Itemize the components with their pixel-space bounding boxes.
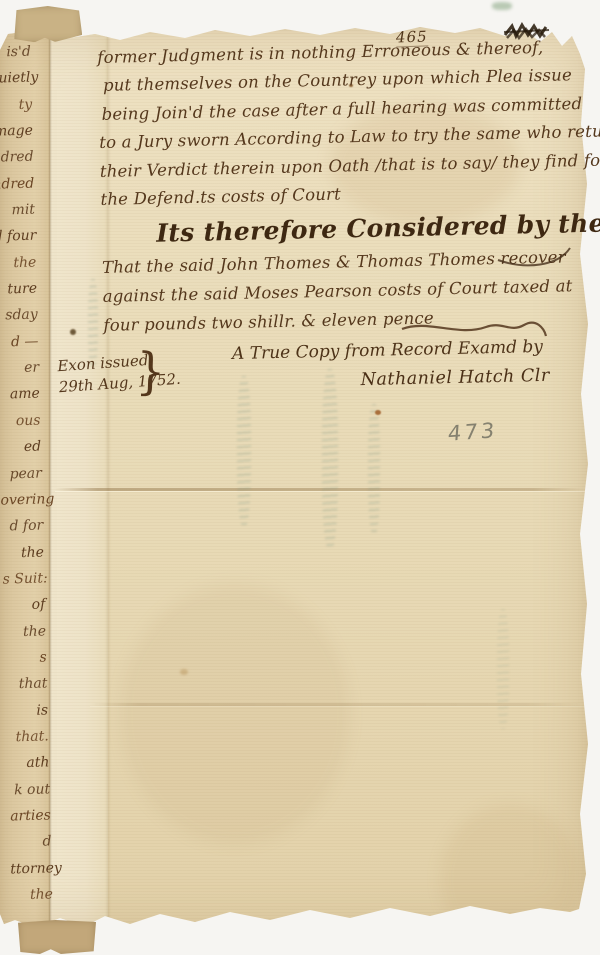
body-paragraph: former Judgment is in nothing Erroneous … [97, 33, 595, 215]
left-edge-text-fragment: k out [8, 781, 55, 809]
left-edge-text-fragment: ty [0, 96, 37, 124]
left-edge-text-fragment: mit [0, 202, 39, 230]
left-edge-text-fragment: ame [0, 386, 44, 414]
left-edge-text-fragment: sday [0, 307, 42, 335]
horizontal-fold-crease [90, 703, 586, 706]
ink-bleedthrough [237, 376, 251, 526]
left-edge-text-fragment: s [4, 649, 51, 677]
stain [375, 410, 381, 415]
left-edge-text-fragment: is [6, 702, 53, 730]
ink-bleedthrough [368, 404, 380, 534]
left-edge-text-fragment: ath [7, 755, 54, 783]
left-edge-text-fragment: is'd [0, 44, 35, 72]
left-edge-text-fragment: s Suit: [2, 570, 49, 598]
aging-blotch [440, 804, 580, 954]
left-edge-text-fragment: mage [0, 123, 37, 151]
left-edge-text-fragment: that [5, 676, 52, 704]
left-edge-text-fragment: d — [0, 333, 43, 361]
left-edge-text-fragment: arties [9, 807, 56, 835]
ink-bleedthrough [497, 609, 509, 729]
left-edge-text-fragment: overing [0, 491, 47, 519]
left-edge-text-fragment: d [9, 834, 56, 862]
left-edge-text-fragment: the [4, 623, 51, 651]
left-edge-text-fragment: of [3, 597, 50, 625]
page-background: is'dquietlytymagendredndredmitd fourthet… [0, 0, 600, 955]
stain [492, 2, 512, 10]
margin-note-brace: } [135, 341, 166, 400]
left-edge-text-fragment: that. [7, 728, 54, 756]
left-edge-text-fragment: ture [0, 281, 42, 309]
left-edge-text-fragment: quietly [0, 70, 36, 98]
left-edge-text-fragment: d for [1, 518, 48, 546]
ink-bleedthrough [322, 369, 338, 549]
left-edge-text-fragment: ndred [0, 149, 38, 177]
left-edge-text-fragment: ous [0, 412, 45, 440]
left-edge-text-fragment: the [2, 544, 49, 572]
stain [180, 669, 188, 675]
manuscript-text: former Judgment is in nothing Erroneous … [97, 33, 599, 400]
horizontal-fold-crease [55, 488, 586, 491]
penciled-number: 473 [447, 418, 498, 445]
left-edge-text-fragment: ndred [0, 175, 39, 203]
aging-blotch [120, 584, 350, 844]
left-edge-text-fragment: the [11, 886, 58, 914]
left-edge-text-fragment: ed [0, 439, 46, 467]
left-edge-text-fragment: ttorney [10, 860, 57, 888]
left-edge-text-fragment: d four [0, 228, 40, 256]
left-edge-text-fragment: er [0, 360, 44, 388]
left-edge-text-fragment: the [0, 254, 41, 282]
left-edge-text-fragment: pear [0, 465, 46, 493]
decree-paragraph: That the said John Thomes & Thomas Thome… [102, 243, 598, 340]
